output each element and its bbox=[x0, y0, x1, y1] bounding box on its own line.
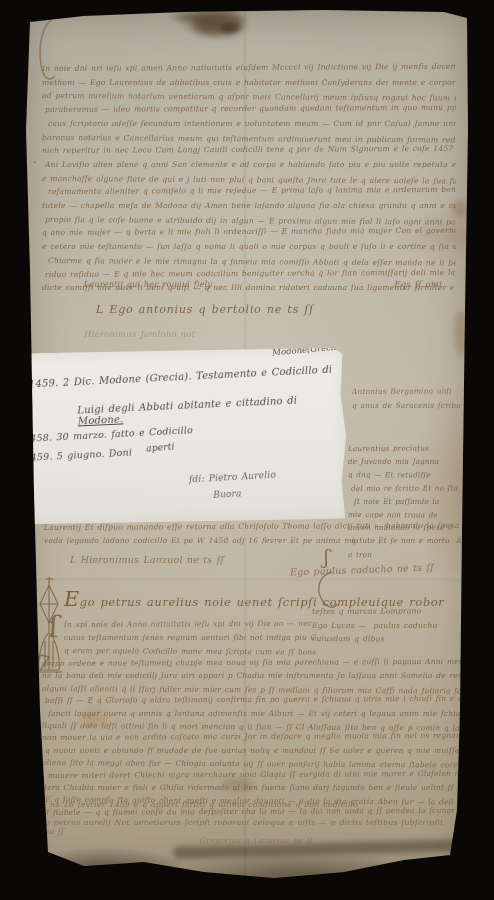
script-line: mauere miteri doret Chiechi nigra mercha… bbox=[48, 767, 462, 782]
note-line-aperti: aperti bbox=[146, 442, 175, 454]
witnesses-list-text: teſtes q marcus LompranoEgo Lucas — paul… bbox=[312, 605, 472, 646]
codicil-main-text: corpo ordene e noue teſtamentj chapſe me… bbox=[42, 658, 462, 819]
script-line: paraberemus — ideo mortis compatitur q r… bbox=[45, 101, 456, 117]
script-line: q dnq — Et retudiſſe bbox=[348, 468, 466, 482]
note-line-date-place: 1459. 2 Dic. Modone (Grecia). Testamento… bbox=[29, 365, 333, 391]
ink-stain bbox=[220, 23, 240, 33]
final-faint-subscription: Gregorius q Lazarius ne ſſ bbox=[200, 836, 313, 845]
script-line: dera Chiabia moier e fioli e Ghiſia refe… bbox=[42, 782, 462, 794]
horizontal-crease bbox=[24, 576, 470, 580]
script-line: non mouer la uia e non ardito caſcato mi… bbox=[42, 730, 462, 745]
archivist-note: Modone(Grecia) 1459. 2 Dic. Modone (Grec… bbox=[18, 347, 348, 526]
paragraph-initial-icon: ſ bbox=[47, 610, 60, 646]
script-line: q nuoui uonti e abiando ſſ mudade de ſue… bbox=[45, 745, 462, 757]
ink-stain bbox=[192, 10, 244, 36]
testament-closing-sign: Eqs ſſ omi bbox=[394, 280, 442, 290]
script-line: ſt noie Et paſſando la bbox=[354, 495, 466, 508]
script-line: teſtes q marcus Lomprano bbox=[312, 604, 472, 618]
script-line: nich reperitur in nec Loco Cum Longj Cau… bbox=[42, 142, 456, 158]
note-line-1459: 1459. 5 giugno. Doni bbox=[24, 447, 132, 464]
script-line: q ano mie mujer — q berta e li mie fioli… bbox=[42, 224, 456, 240]
codicil-addendum-text: Laurentij Et diſpuo manando eſſe retorna… bbox=[44, 522, 464, 547]
script-line: cuius teſtamentum ſenes regnum uenturi ſ… bbox=[64, 631, 316, 644]
note-corner-annotation: Modone(Grecia) bbox=[272, 342, 343, 358]
margin-bullet: · bbox=[33, 158, 36, 169]
note-line-testator: Luigi degli Abbati abitante e cittadino … bbox=[77, 393, 346, 427]
script-line: reſamamenta alieniter q comiſelo q li mi… bbox=[48, 183, 456, 199]
script-line: corpo ordene e noue teſtamentj chapſe me… bbox=[42, 656, 462, 671]
note-place-underlined: Modone. bbox=[78, 414, 124, 427]
script-line: riduo reſiduo — E q mie hec meum codicil… bbox=[45, 265, 456, 281]
script-line: del mio re ſcritto Et no ſta bbox=[351, 481, 466, 495]
note-testator-text: Luigi degli Abbati abitante e cittadino … bbox=[77, 396, 297, 417]
script-line: a tron bbox=[348, 548, 466, 562]
note-signature-name: fdi: Pietro Aurelio bbox=[189, 471, 277, 486]
testament-closing-line: Laurentij qui hec rogaui fiely bbox=[84, 280, 212, 289]
final-notary-subscription: Ego petrus aurelij Not uenetiarum ſcripſ… bbox=[34, 818, 466, 836]
witness-subscription-hieronimus: L Hieronimus Lanzuol ne ts ſſ bbox=[70, 555, 224, 566]
script-line: caus ſcriptorio adeſſe ſecundum intentio… bbox=[48, 117, 456, 131]
edge-stain bbox=[454, 310, 468, 356]
faint-witness-subscription: Hieronimus Jamlono not bbox=[84, 330, 195, 340]
script-line: In noie dni nri ieſu xpi amen Anno natiu… bbox=[42, 60, 456, 76]
witness-subscription-antonius: L Ego antonius q bertolio ne ts ſſ bbox=[96, 303, 314, 316]
script-line: ne la bona deli mie codicillj Jura uiri … bbox=[42, 670, 462, 682]
script-line: Ego Lucas — paulus caducho bbox=[312, 619, 472, 633]
testament-main-text: In noie dni nri ieſu xpi amen Anno natiu… bbox=[42, 62, 456, 295]
codicil-opening-text: In xpi noie dei Anno natiuitatis ieſu xp… bbox=[64, 618, 316, 657]
parchment-document: In noie dni nri ieſu xpi amen Anno natiu… bbox=[24, 10, 470, 878]
script-line: cuiusdam q dibus bbox=[312, 632, 472, 646]
script-line: baſſi ſſ — E q Glorioſo q eldra teſtimon… bbox=[45, 693, 462, 708]
right-column-upper-text: Antonius Bergamino uidiq anus de Saracen… bbox=[352, 385, 464, 413]
script-line: e cetera mie teſtamento — ſun laſſa q no… bbox=[42, 240, 456, 254]
photo-backdrop: In noie dni nri ieſu xpi amen Anno natiu… bbox=[0, 0, 494, 900]
script-line: Laurentius preciatus bbox=[348, 441, 466, 455]
script-line: Ani Loviſio alien plene q anni San cleme… bbox=[45, 158, 456, 172]
script-line: In xpi noie dei Anno natiuitatis ieſu xp… bbox=[64, 617, 316, 631]
final-date-line: na 16 fevrier 1459 e q appert ſcritti q … bbox=[50, 800, 440, 809]
script-line: tutele — chapella meſa de Madona dij Ame… bbox=[42, 199, 456, 213]
script-line: de Juvando mia Jagnna bbox=[348, 455, 466, 468]
script-line: Antonius Bergamino uidi bbox=[352, 384, 464, 399]
script-line: ſancti lagger ouera q omnis q lontana ad… bbox=[48, 708, 462, 720]
script-line: methoni — Ego Laurentius de abbatibus ci… bbox=[42, 76, 456, 90]
script-line: vada ſegondo ladano codicillo Et pe W 14… bbox=[44, 535, 464, 548]
note-signature-surname: Buora bbox=[213, 489, 242, 501]
script-line: q anus de Saracenis ſcriba bbox=[352, 399, 464, 413]
